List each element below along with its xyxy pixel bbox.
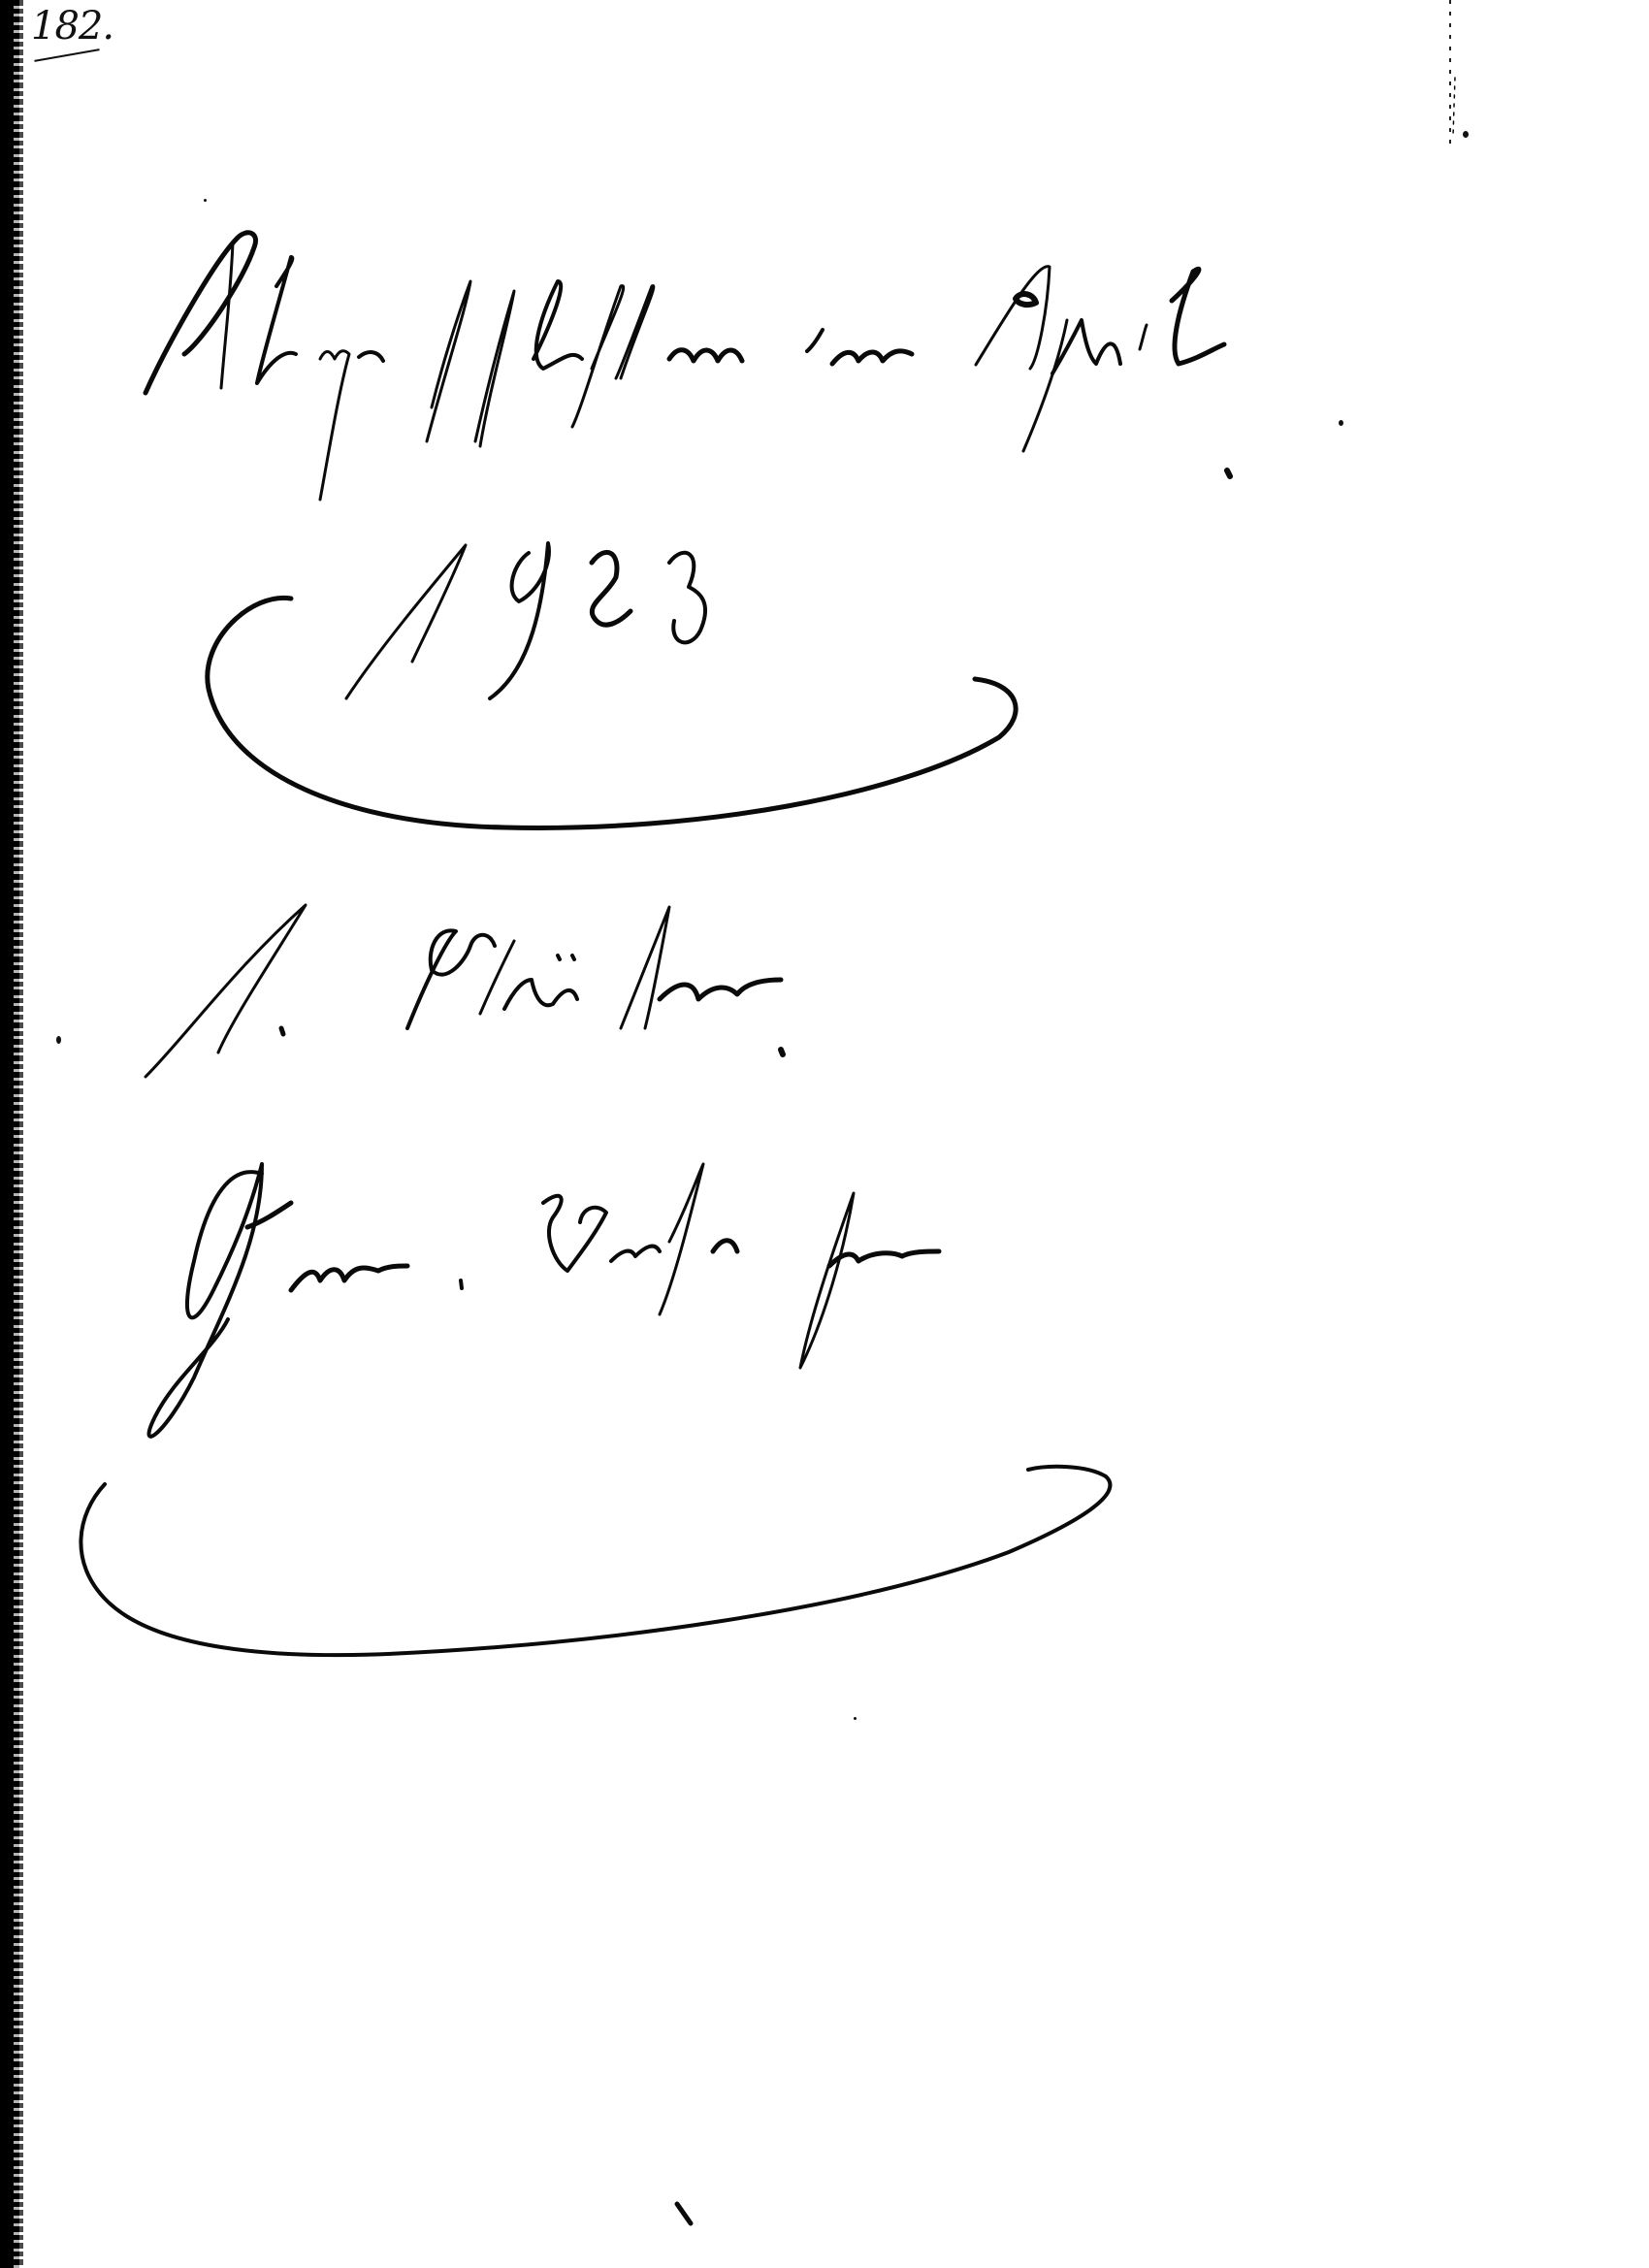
text-closing-note: Abgeschlossen im April — [139, 262, 1522, 397]
ink-speck — [1339, 420, 1343, 426]
ink-speck — [854, 1717, 857, 1720]
text-title: Gem. Vorsteher — [153, 1174, 921, 1287]
ink-speck — [56, 1036, 61, 1044]
scanned-page: 182. — [0, 0, 1649, 2268]
text-signature: A. Thürkow. — [145, 931, 732, 1045]
ink-speck — [204, 199, 207, 202]
ink-speck — [1463, 131, 1469, 138]
text-year: 1923 — [346, 553, 642, 688]
flourish-underline-signature — [81, 1467, 1110, 1655]
